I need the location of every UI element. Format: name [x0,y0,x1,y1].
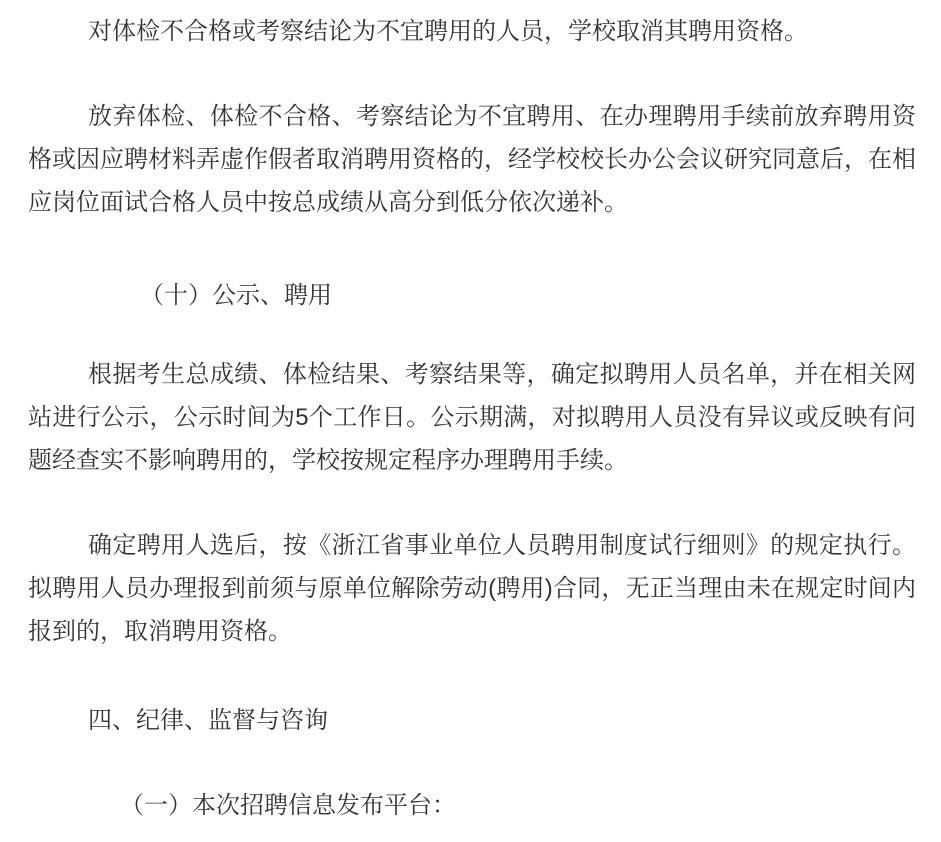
heading-public-notice-employment: （十）公示、聘用 [28,274,916,317]
paragraph-public-notice-period: 根据考生总成绩、体检结果、考察结果等，确定拟聘用人员名单，并在相关网站进行公示，… [28,353,916,482]
paragraph-medical-disqualification: 对体检不合格或考察结论为不宜聘用的人员，学校取消其聘用资格。 [28,10,916,53]
paragraph-replacement-rule: 放弃体检、体检不合格、考察结论为不宜聘用、在办理聘用手续前放弃聘用资格或因应聘材… [28,95,916,224]
heading-recruitment-info-platform: （一）本次招聘信息发布平台： [28,784,916,827]
page: { "colors": { "background": "#ffffff", "… [0,0,941,842]
paragraph-employment-execution: 确定聘用人选后，按《浙江省事业单位人员聘用制度试行细则》的规定执行。拟聘用人员办… [28,524,916,653]
heading-discipline-supervision-consultation: 四、纪律、监督与咨询 [28,699,916,742]
recruitment-notice-document: 对体检不合格或考察结论为不宜聘用的人员，学校取消其聘用资格。 放弃体检、体检不合… [0,0,941,842]
